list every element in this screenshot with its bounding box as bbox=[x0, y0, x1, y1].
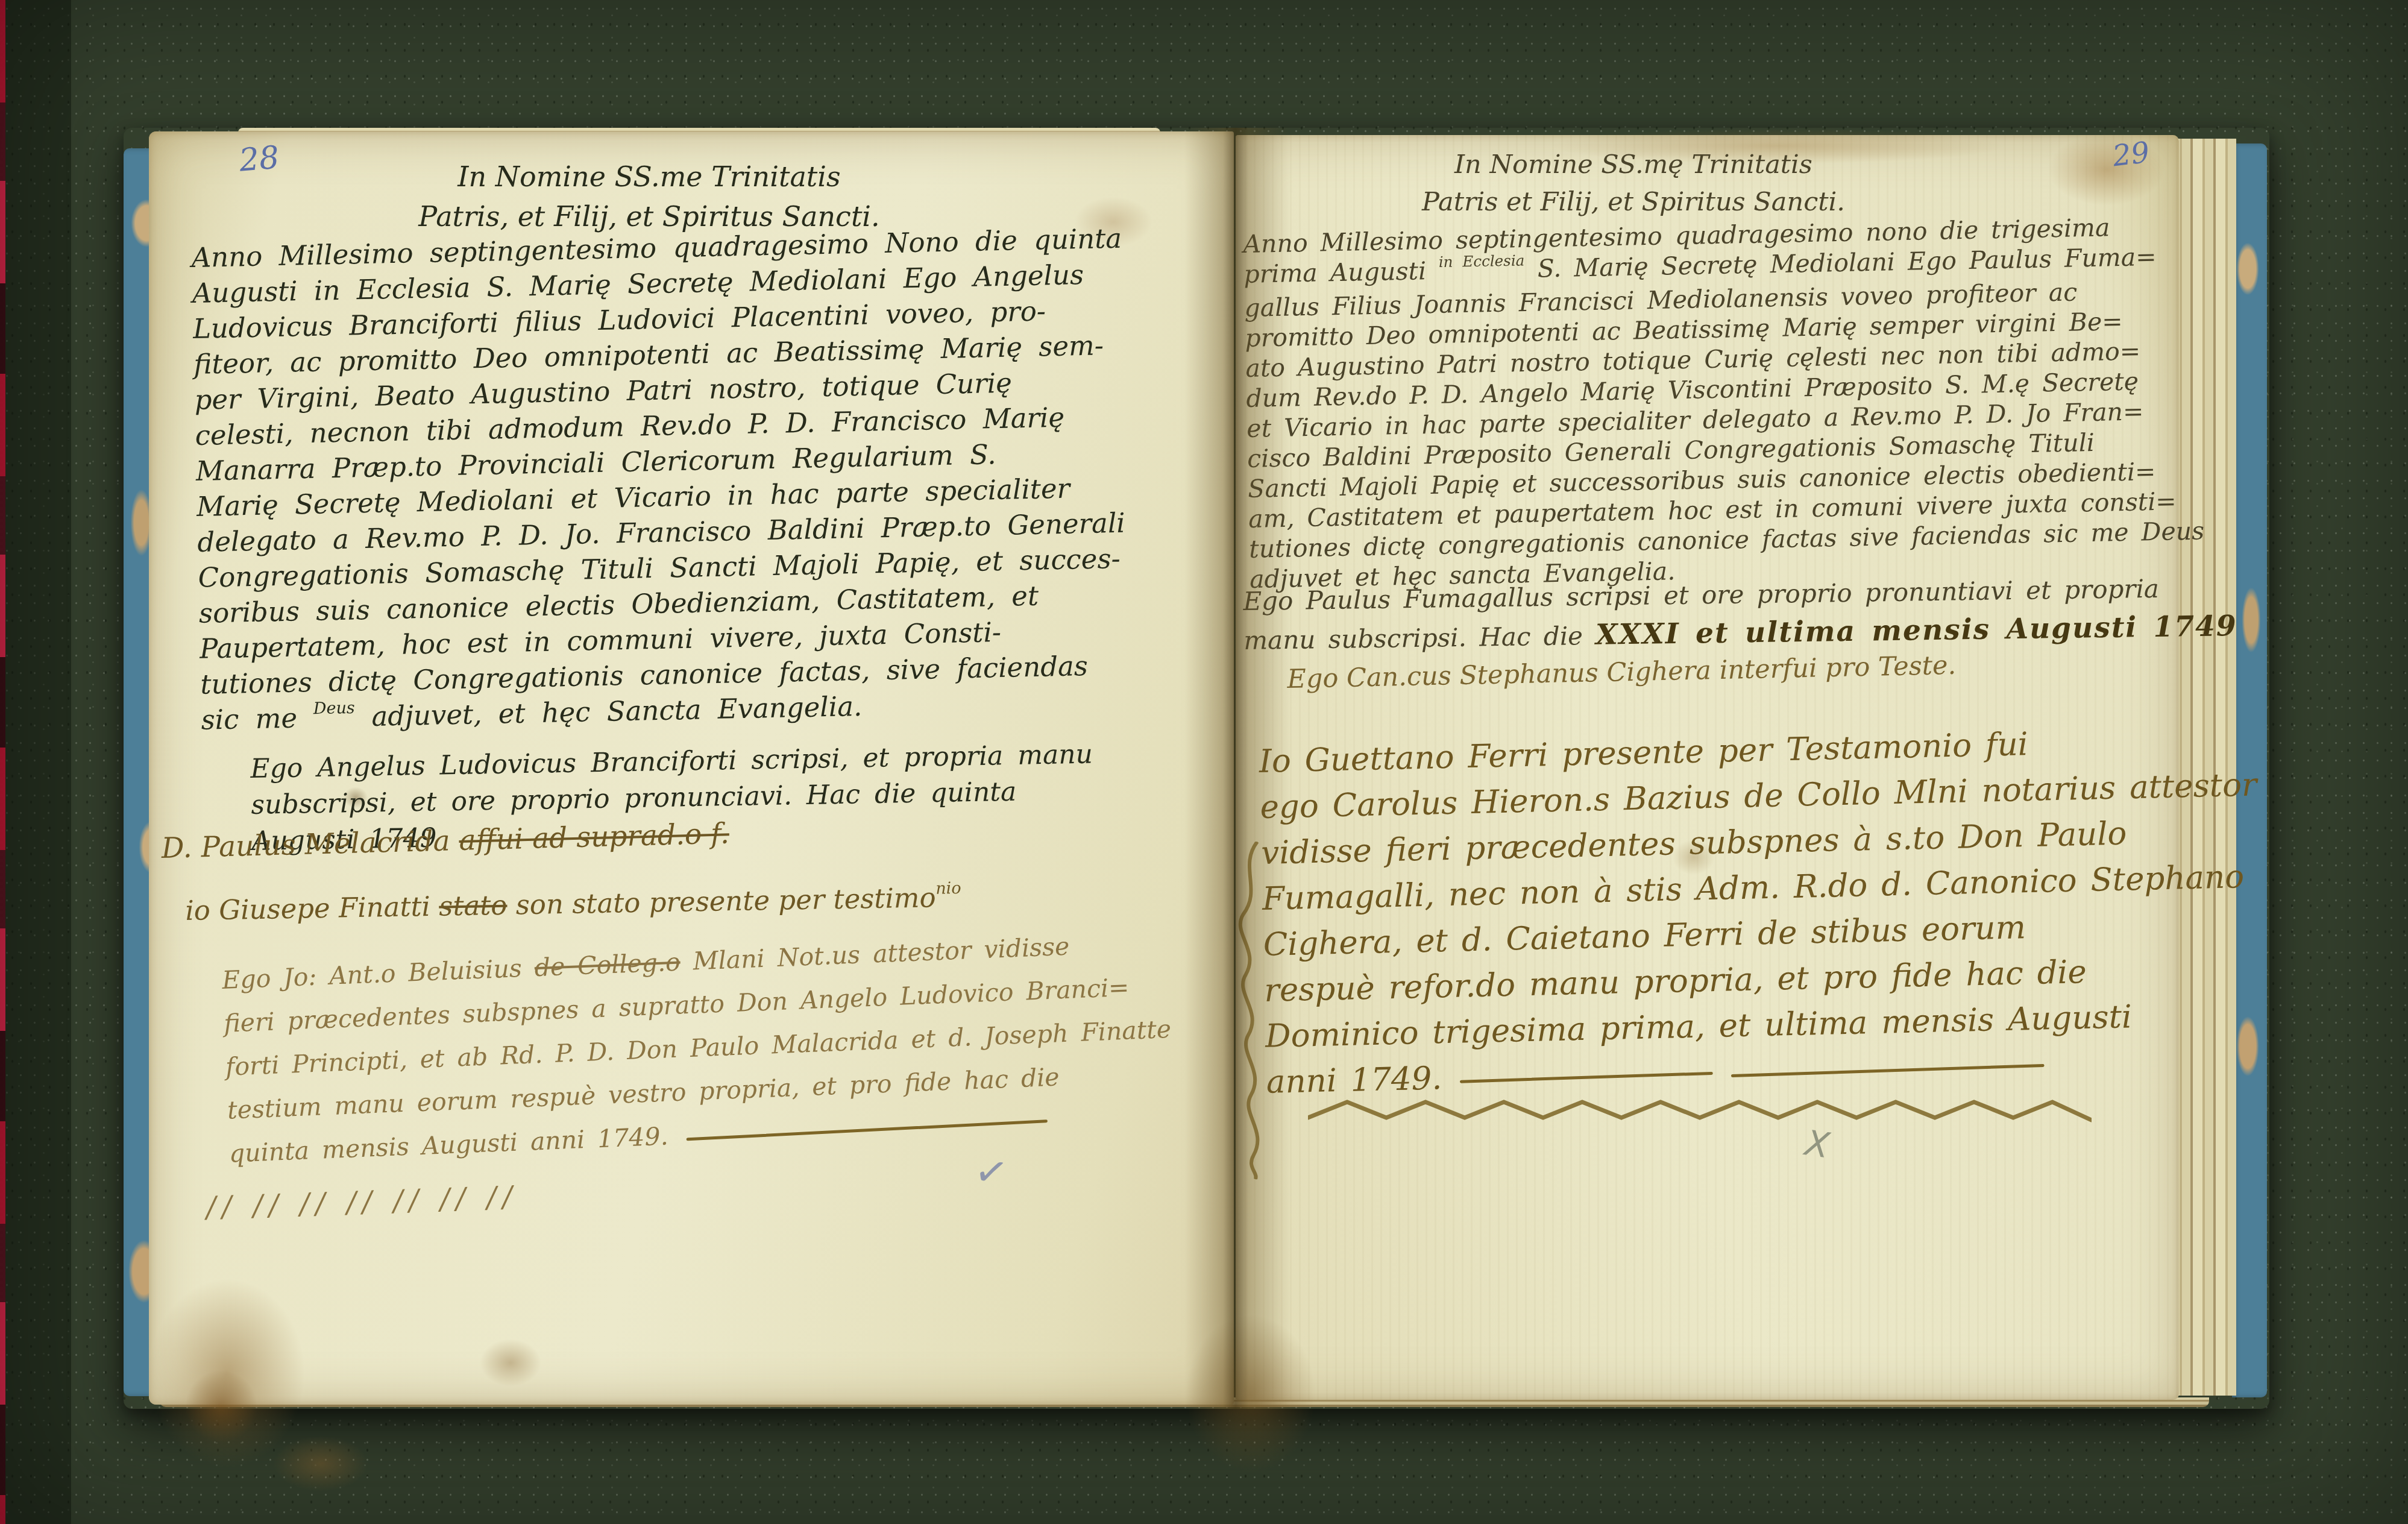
check-mark: ✓ bbox=[971, 1147, 1012, 1198]
right-page: 29 In Nomine SS.mę Trinitatis Patris et … bbox=[1236, 135, 2179, 1400]
notary-attestation-left: Ego Jo: Ant.o Beluisius de Colleg.o Mlan… bbox=[221, 921, 1175, 1176]
pen-flourish-line bbox=[687, 1119, 1048, 1141]
left-page: 28 In Nomine SS.me Trinitatis Patris, et… bbox=[149, 131, 1234, 1405]
signature-name: D. Paulus Melacrida bbox=[161, 824, 459, 865]
notary-attestation-right: Io Guettano Ferri presente per Testamoni… bbox=[1259, 716, 2263, 1105]
stain bbox=[477, 1337, 544, 1388]
subscription-paragraph-right: Ego Paulus Fumagallus scripsi et ore pro… bbox=[1243, 568, 2237, 660]
vow-paragraph-right: Anno Millesimo septingentesimo quadrages… bbox=[1243, 211, 2205, 594]
page-number-left: 28 bbox=[238, 139, 281, 179]
signature-melacrida: D. Paulus Melacrida affui ad suprad.o f. bbox=[161, 817, 730, 865]
page-number-right: 29 bbox=[2111, 135, 2151, 173]
pen-flourish-line bbox=[1731, 1064, 2045, 1077]
open-manuscript-book: 28 In Nomine SS.me Trinitatis Patris, et… bbox=[124, 128, 2269, 1409]
vow-paragraph-left: Anno Millesimo septingentesimo quadrages… bbox=[191, 221, 1132, 742]
emphasized-date: XXXI et ultima mensis Augusti 1749 bbox=[1595, 609, 2237, 652]
pen-flourish-zigzag bbox=[1308, 1095, 2092, 1131]
line-segment: prima Augusti bbox=[1243, 256, 1439, 289]
pen-flourish-ticks: // // // // // // // bbox=[206, 1180, 519, 1224]
struck-text: stato bbox=[439, 889, 508, 922]
interlinear-insertion: Deus bbox=[313, 690, 355, 726]
stain bbox=[2043, 130, 2170, 209]
witness-statement-finatti: io Giusepe Finatti stato son stato prese… bbox=[185, 881, 961, 927]
x-mark: X bbox=[1802, 1123, 1832, 1167]
line-segment: son stato presente per testimo bbox=[507, 881, 936, 921]
interlinear-insertion: in Ecclesia bbox=[1438, 245, 1525, 277]
invocation-heading-right: In Nomine SS.mę Trinitatis Patris et Fil… bbox=[1344, 146, 1923, 221]
line-segment: io Giusepe Finatti bbox=[185, 890, 439, 927]
line-segment: manu subscripsi. Hac die bbox=[1243, 621, 1596, 655]
pen-flourish-line bbox=[1460, 1072, 1713, 1083]
manuscript-photo-scene: 28 In Nomine SS.me Trinitatis Patris, et… bbox=[0, 0, 2408, 1524]
struck-text: affui ad suprad.o f. bbox=[459, 817, 730, 857]
line-segment: Ego Jo: Ant.o Beluisius bbox=[221, 953, 535, 995]
interlinear-insertion: nio bbox=[935, 879, 961, 898]
invocation-heading-left: In Nomine SS.me Trinitatis Patris, et Fi… bbox=[330, 157, 969, 236]
heading-line: In Nomine SS.mę Trinitatis bbox=[1344, 146, 1923, 183]
struck-text: de Colleg.o bbox=[534, 947, 681, 982]
line-segment: sic me bbox=[201, 702, 314, 736]
heading-line: In Nomine SS.me Trinitatis bbox=[330, 157, 969, 197]
heading-line: Patris et Filij, et Spiritus Sancti. bbox=[1344, 183, 1923, 221]
line-segment: Mlani Not.us attestor vidisse bbox=[680, 932, 1070, 977]
